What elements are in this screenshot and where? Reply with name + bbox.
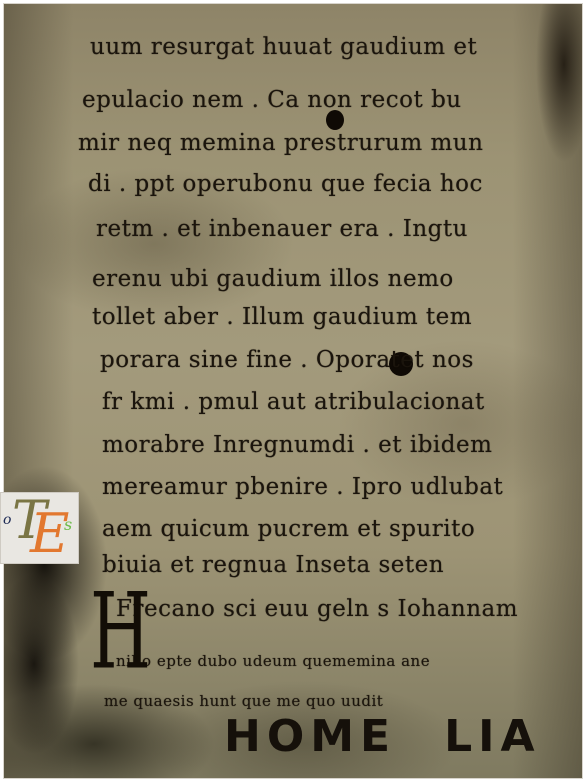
manuscript-line: mir neq memina prestrurum mun [78, 130, 483, 156]
manuscript-line: mereamur pbenire . Ipro udlubat [102, 474, 503, 500]
manuscript-line: morabre Inregnumdi . et ibidem [102, 432, 492, 458]
manuscript-line: Frecano sci euu geln s Iohannam [116, 596, 518, 622]
manuscript-line: fr kmi . pmul aut atribulacionat [102, 389, 485, 415]
manuscript-heading: HOME LIA [224, 709, 524, 764]
manuscript-line: erenu ubi gaudium illos nemo [92, 266, 454, 292]
heading-word: HOME [224, 709, 396, 764]
manuscript-line: porara sine fine . Oporatet nos [100, 347, 474, 373]
manuscript-line: uum resurgat huuat gaudium et [90, 34, 477, 60]
manuscript-line: di . ppt operubonu que fecia hoc [88, 171, 483, 197]
manuscript-photo: uum resurgat huuat gaudium et epulacio n… [3, 3, 583, 779]
manuscript-line: aem quicum pucrem et spurito [102, 516, 475, 542]
manuscript-line: tollet aber . Illum gaudium tem [92, 304, 472, 330]
manuscript-line: epulacio nem . Ca non recot bu [82, 87, 462, 113]
manuscript-line: me quaesis hunt que me quo uudit [104, 692, 383, 710]
heading-word: LIA [444, 709, 540, 764]
otes-logo: o T E s [1, 493, 78, 563]
decorated-initial: H [90, 579, 151, 684]
logo-letter-o: o [3, 513, 11, 527]
logo-letter-s: s [64, 517, 72, 533]
manuscript-line: nillo epte dubo udeum quememina ane [116, 652, 430, 670]
manuscript-line: biuia et regnua Inseta seten [102, 552, 444, 578]
ink-blot [326, 110, 344, 130]
manuscript-line: retm . et inbenauer era . Ingtu [96, 216, 468, 242]
